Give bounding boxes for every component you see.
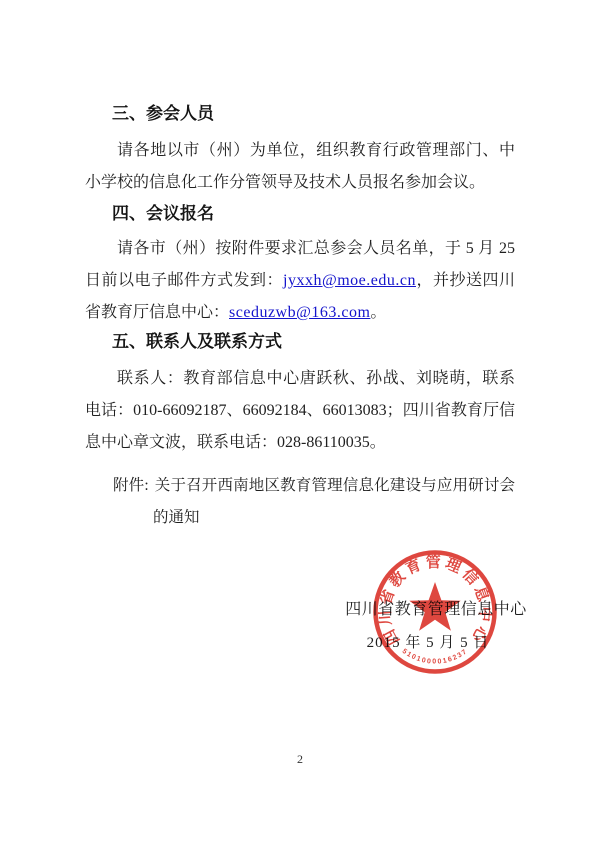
section-participants: 三、参会人员 请各地以市（州）为单位，组织教育行政管理部门、中小学校的信息化工作… [85, 103, 515, 199]
signature-org: 四川省教育管理信息中心 [345, 596, 527, 619]
document-page: 三、参会人员 请各地以市（州）为单位，组织教育行政管理部门、中小学校的信息化工作… [0, 0, 600, 848]
section-heading-registration: 四、会议报名 [112, 203, 515, 225]
attachment-label: 附件: [113, 477, 149, 494]
email-link-scedu[interactable]: sceduzwb@163.com [229, 304, 370, 321]
section-body-registration: 请各市（州）按附件要求汇总参会人员名单，于 5 月 25 日前以电子邮件方式发到… [85, 233, 515, 329]
section-heading-participants: 三、参会人员 [112, 103, 515, 125]
page-number: 2 [0, 752, 600, 767]
section-body-contacts: 联系人：教育部信息中心唐跃秋、孙战、刘晓萌，联系电话：010-66092187、… [85, 363, 515, 459]
registration-text-after-email2: 。 [370, 304, 386, 321]
signature-date: 2015 年 5 月 5 日 [367, 631, 490, 652]
section-registration: 四、会议报名 请各市（州）按附件要求汇总参会人员名单，于 5 月 25 日前以电… [85, 203, 515, 329]
section-heading-contacts: 五、联系人及联系方式 [112, 331, 515, 353]
attachment-note: 附件:关于召开西南地区教育管理信息化建设与应用研讨会的通知 [85, 470, 515, 534]
attachment-title: 关于召开西南地区教育管理信息化建设与应用研讨会的通知 [153, 477, 515, 526]
section-contacts: 五、联系人及联系方式 联系人：教育部信息中心唐跃秋、孙战、刘晓萌，联系电话：01… [85, 331, 515, 459]
email-link-moe[interactable]: jyxxh@moe.edu.cn [283, 272, 416, 289]
section-body-participants: 请各地以市（州）为单位，组织教育行政管理部门、中小学校的信息化工作分管领导及技术… [85, 135, 515, 199]
